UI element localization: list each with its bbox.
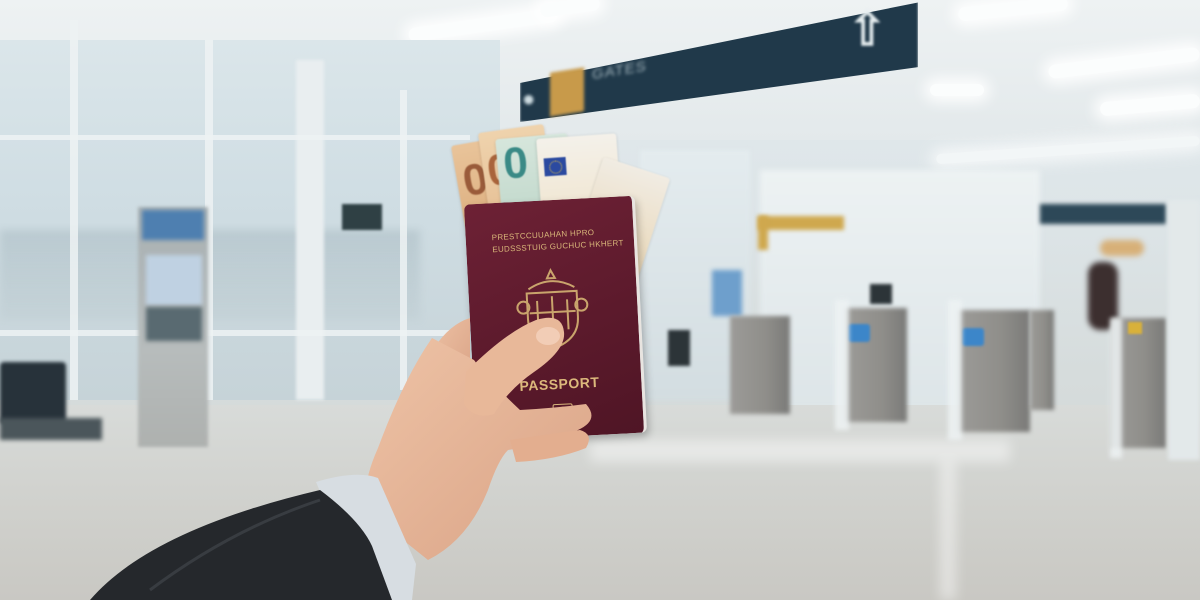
airport-scene: ● GATES ⇧ 0 0 0 PRESTCCUUAHAN HPRO EU: [0, 0, 1200, 600]
hand-holding-passport: [0, 0, 1200, 600]
